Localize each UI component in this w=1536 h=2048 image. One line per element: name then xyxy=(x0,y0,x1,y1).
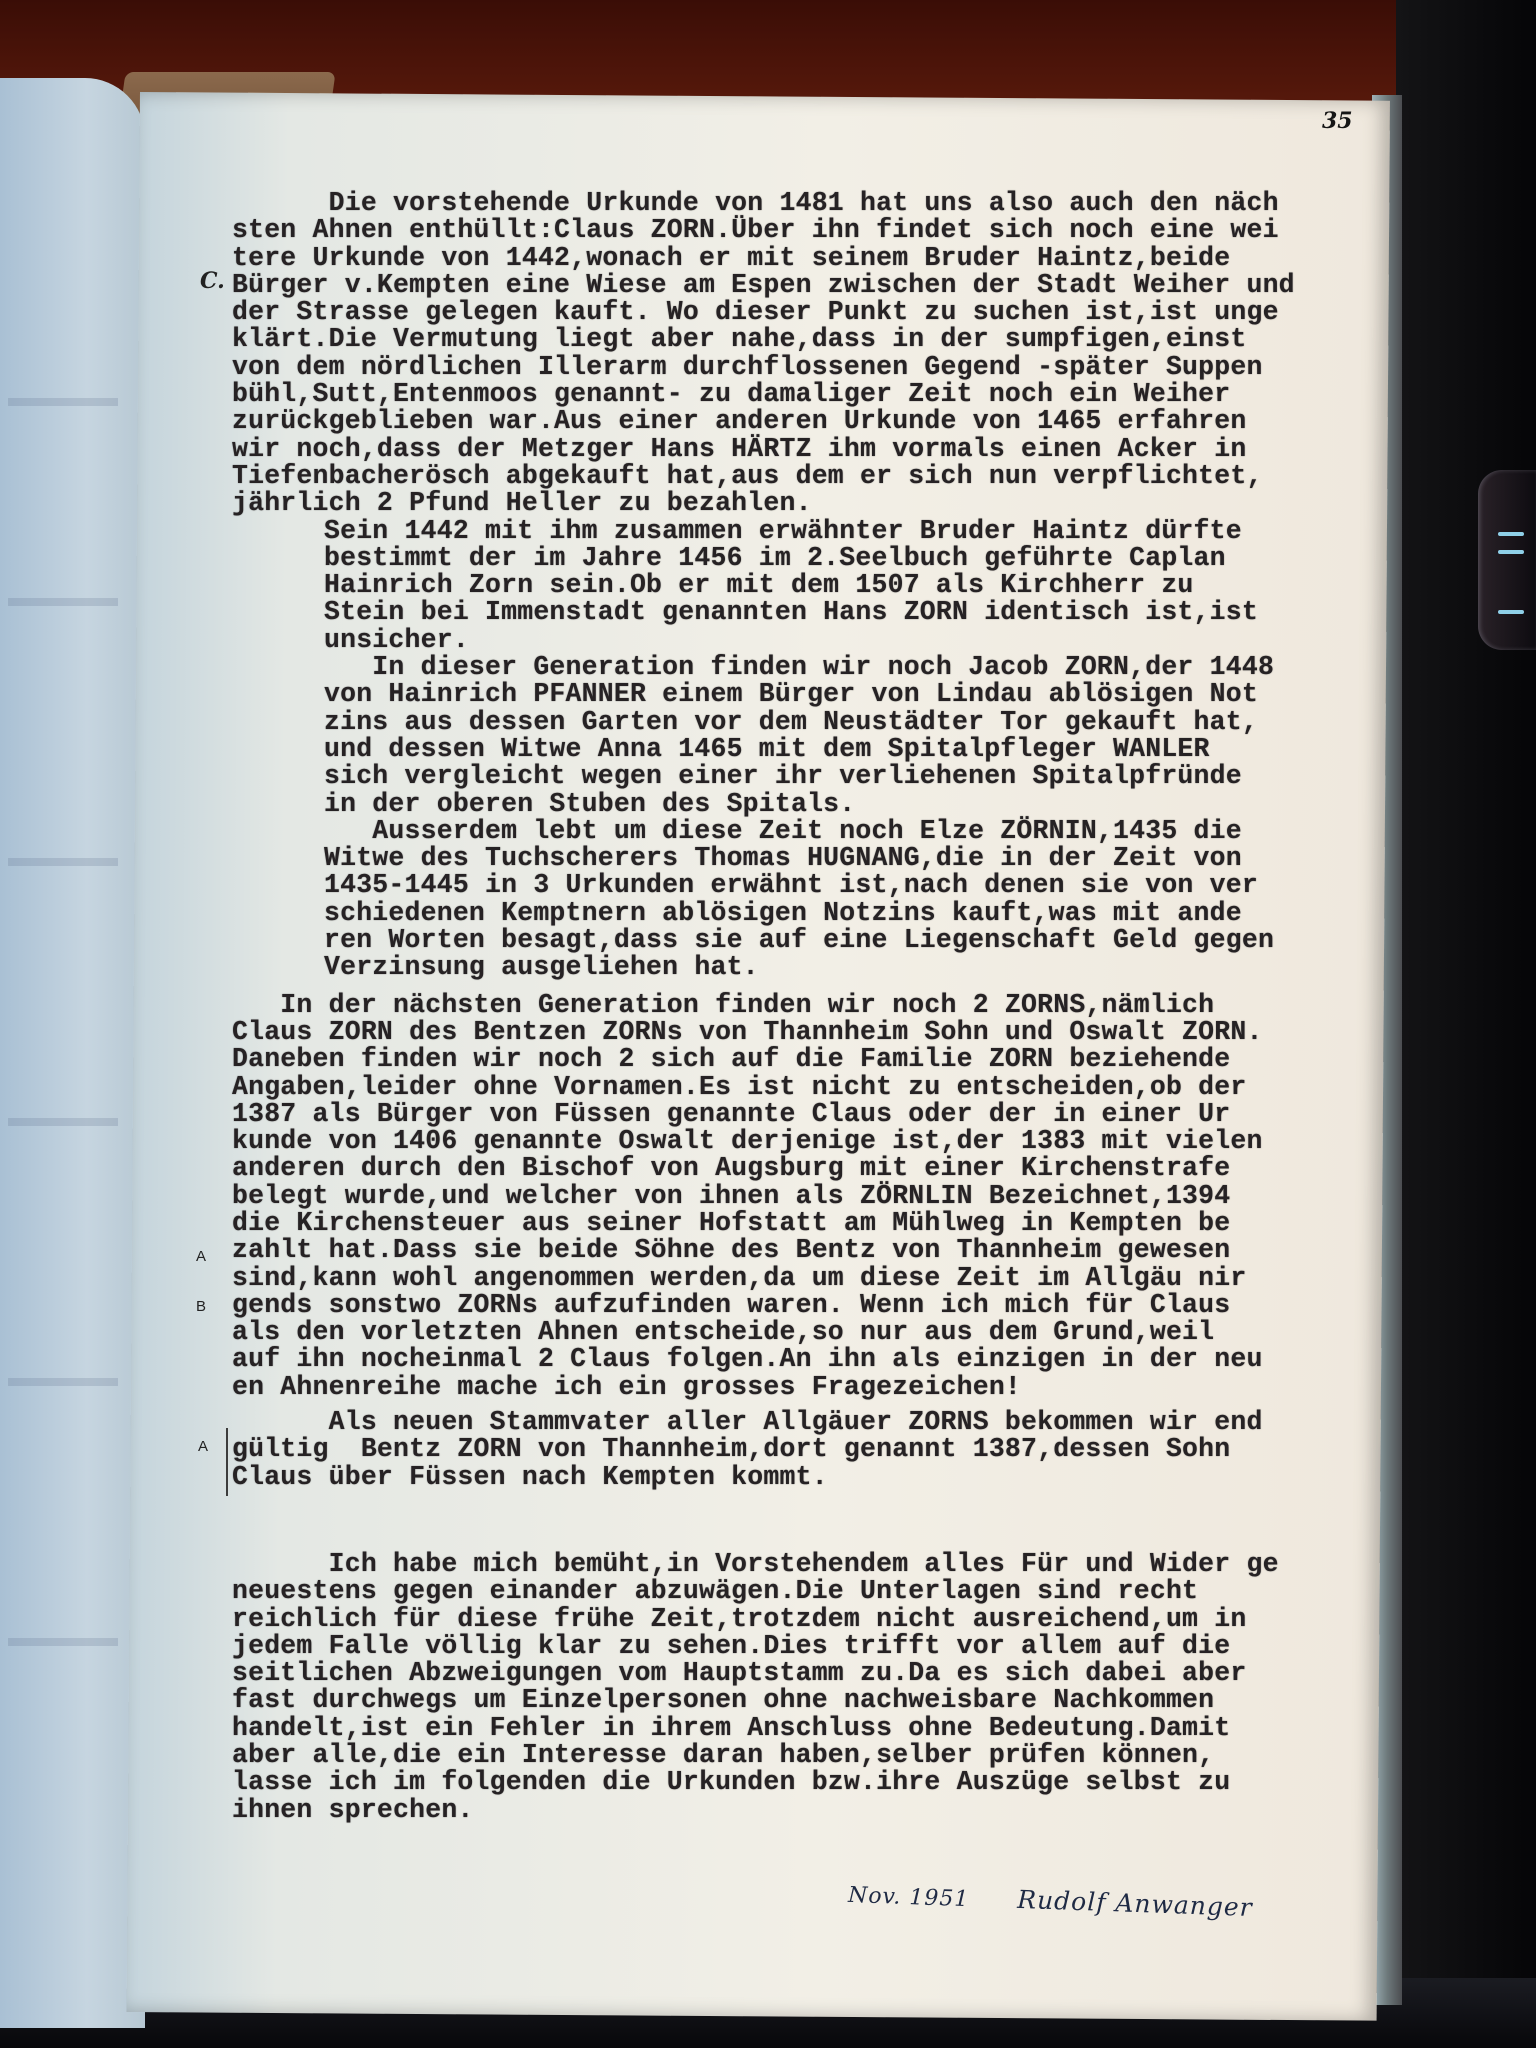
text-line: Stein bei Immenstadt genannten Hans ZORN… xyxy=(324,599,1312,626)
page-number: 35 xyxy=(1322,108,1353,134)
text-line: Claus über Füssen nach Kempten kommt. xyxy=(232,1464,1312,1491)
text-line: die Kirchensteuer aus seiner Hofstatt am… xyxy=(232,1210,1312,1237)
text-line: 1435-1445 in 3 Urkunden erwähnt ist,nach… xyxy=(324,872,1312,899)
text-line: von dem nördlichen Illerarm durchflossen… xyxy=(232,354,1312,381)
left-facing-page xyxy=(0,78,145,2028)
text-line: In der nächsten Generation finden wir no… xyxy=(232,992,1312,1019)
text-line: Die vorstehende Urkunde von 1481 hat uns… xyxy=(232,190,1312,217)
text-line: ihnen sprechen. xyxy=(232,1797,1312,1824)
text-line: Angaben,leider ohne Vornamen.Es ist nich… xyxy=(232,1074,1312,1101)
text-line: zurückgeblieben war.Aus einer anderen Ur… xyxy=(232,408,1312,435)
text-line: gends sonstwo ZORNs aufzufinden waren. W… xyxy=(232,1292,1312,1319)
text-line: reichlich für diese frühe Zeit,trotzdem … xyxy=(232,1606,1312,1633)
margin-vertical-bar xyxy=(226,1428,228,1496)
text-line: Ausserdem lebt um diese Zeit noch Elze Z… xyxy=(324,818,1312,845)
text-line: wir noch,dass der Metzger Hans HÄRTZ ihm… xyxy=(232,436,1312,463)
text-line: in der oberen Stuben des Spitals. xyxy=(324,791,1312,818)
text-line: In dieser Generation finden wir noch Jac… xyxy=(324,654,1312,681)
text-line: sind,kann wohl angenommen werden,da um d… xyxy=(232,1265,1312,1292)
text-line: bestimmt der im Jahre 1456 im 2.Seelbuch… xyxy=(324,545,1312,572)
text-line: zahlt hat.Dass sie beide Söhne des Bentz… xyxy=(232,1237,1312,1264)
text-line: bühl,Sutt,Entenmoos genannt- zu damalige… xyxy=(232,381,1312,408)
dark-background-right xyxy=(1396,0,1536,2048)
typewritten-text: Die vorstehende Urkunde von 1481 hat uns… xyxy=(232,190,1312,1824)
margin-note-b: B xyxy=(196,1298,206,1315)
text-line: der Strasse gelegen kauft. Wo dieser Pun… xyxy=(232,299,1312,326)
text-line: auf ihn nocheinmal 2 Claus folgen.An ihn… xyxy=(232,1346,1312,1373)
text-line: sich vergleicht wegen einer ihr verliehe… xyxy=(324,763,1312,790)
text-line: kunde von 1406 genannte Oswalt derjenige… xyxy=(232,1128,1312,1155)
text-line: fast durchwegs um Einzelpersonen ohne na… xyxy=(232,1687,1312,1714)
text-line: unsicher. xyxy=(324,627,1312,654)
text-line: Claus ZORN des Bentzen ZORNs von Thannhe… xyxy=(232,1019,1312,1046)
text-line: Ich habe mich bemüht,in Vorstehendem all… xyxy=(232,1551,1312,1578)
paragraph-3: In dieser Generation finden wir noch Jac… xyxy=(232,654,1312,818)
text-line: anderen durch den Bischof von Augsburg m… xyxy=(232,1155,1312,1182)
text-line: seitlichen Abzweigungen vom Hauptstamm z… xyxy=(232,1660,1312,1687)
text-line: lasse ich im folgenden die Urkunden bzw.… xyxy=(232,1769,1312,1796)
margin-note-a: A xyxy=(196,1248,206,1265)
text-line: schiedenen Kemptnern ablösigen Notzins k… xyxy=(324,900,1312,927)
paragraph-4: Ausserdem lebt um diese Zeit noch Elze Z… xyxy=(232,818,1312,982)
paragraph-2: Sein 1442 mit ihm zusammen erwähnter Bru… xyxy=(232,518,1312,654)
text-line: en Ahnenreihe mache ich ein grosses Frag… xyxy=(232,1374,1312,1401)
text-line: Verzinsung ausgeliehen hat. xyxy=(324,954,1312,981)
text-line: belegt wurde,und welcher von ihnen als Z… xyxy=(232,1183,1312,1210)
text-line: Bürger v.Kempten eine Wiese am Espen zwi… xyxy=(232,272,1312,299)
text-line: 1387 als Bürger von Füssen genannte Clau… xyxy=(232,1101,1312,1128)
text-line: handelt,ist ein Fehler in ihrem Anschlus… xyxy=(232,1715,1312,1742)
text-line: und dessen Witwe Anna 1465 mit dem Spita… xyxy=(324,736,1312,763)
text-line: gültig Bentz ZORN von Thannheim,dort gen… xyxy=(232,1436,1312,1463)
text-line: jährlich 2 Pfund Heller zu bezahlen. xyxy=(232,490,1312,517)
text-line: Daneben finden wir noch 2 sich auf die F… xyxy=(232,1046,1312,1073)
text-line: Als neuen Stammvater aller Allgäuer ZORN… xyxy=(232,1409,1312,1436)
signature-date: Nov. 1951 xyxy=(848,1883,970,1912)
paragraph-7: Ich habe mich bemüht,in Vorstehendem all… xyxy=(232,1551,1312,1824)
paragraph-1: Die vorstehende Urkunde von 1481 hat uns… xyxy=(232,190,1312,518)
margin-note-a-second: A xyxy=(198,1438,208,1455)
text-line: Witwe des Tuchscherers Thomas HUGNANG,di… xyxy=(324,845,1312,872)
text-line: sten Ahnen enthüllt:Claus ZORN.Über ihn … xyxy=(232,217,1312,244)
margin-note-c: C. xyxy=(200,268,225,294)
text-line: Tiefenbacherösch abgekauft hat,aus dem e… xyxy=(232,463,1312,490)
text-line: Sein 1442 mit ihm zusammen erwähnter Bru… xyxy=(324,518,1312,545)
text-line: zins aus dessen Garten vor dem Neustädte… xyxy=(324,709,1312,736)
text-line: Hainrich Zorn sein.Ob er mit dem 1507 al… xyxy=(324,572,1312,599)
text-line: von Hainrich PFANNER einem Bürger von Li… xyxy=(324,681,1312,708)
text-line: tere Urkunde von 1442,wonach er mit sein… xyxy=(232,245,1312,272)
text-line: neuestens gegen einander abzuwägen.Die U… xyxy=(232,1578,1312,1605)
text-line: ren Worten besagt,dass sie auf eine Lieg… xyxy=(324,927,1312,954)
paragraph-5: In der nächsten Generation finden wir no… xyxy=(232,992,1312,1401)
device-knob xyxy=(1478,470,1536,650)
text-line: klärt.Die Vermutung liegt aber nahe,dass… xyxy=(232,326,1312,353)
text-line: aber alle,die ein Interesse daran haben,… xyxy=(232,1742,1312,1769)
paragraph-6: Als neuen Stammvater aller Allgäuer ZORN… xyxy=(232,1409,1312,1491)
text-line: jedem Falle völlig klar zu sehen.Dies tr… xyxy=(232,1633,1312,1660)
text-line: als den vorletzten Ahnen entscheide,so n… xyxy=(232,1319,1312,1346)
